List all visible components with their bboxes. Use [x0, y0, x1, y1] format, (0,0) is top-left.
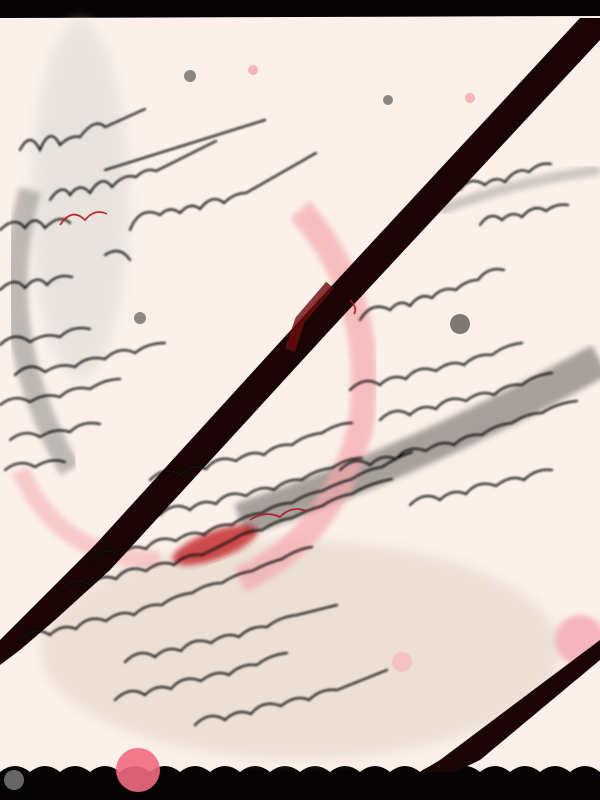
grey-spot	[184, 70, 196, 82]
grey-spot	[134, 312, 146, 324]
grey-spot	[450, 314, 470, 334]
pink-dot	[248, 65, 258, 75]
grey-spot	[4, 770, 24, 790]
pink-dot	[392, 652, 412, 672]
pink-dot	[465, 93, 475, 103]
paper-shadow	[40, 540, 560, 760]
handwritten-stained-paper-artwork	[0, 0, 600, 800]
paper-shadow-left	[30, 20, 130, 380]
pink-blot-bottom	[116, 748, 160, 792]
grey-spot	[383, 95, 393, 105]
